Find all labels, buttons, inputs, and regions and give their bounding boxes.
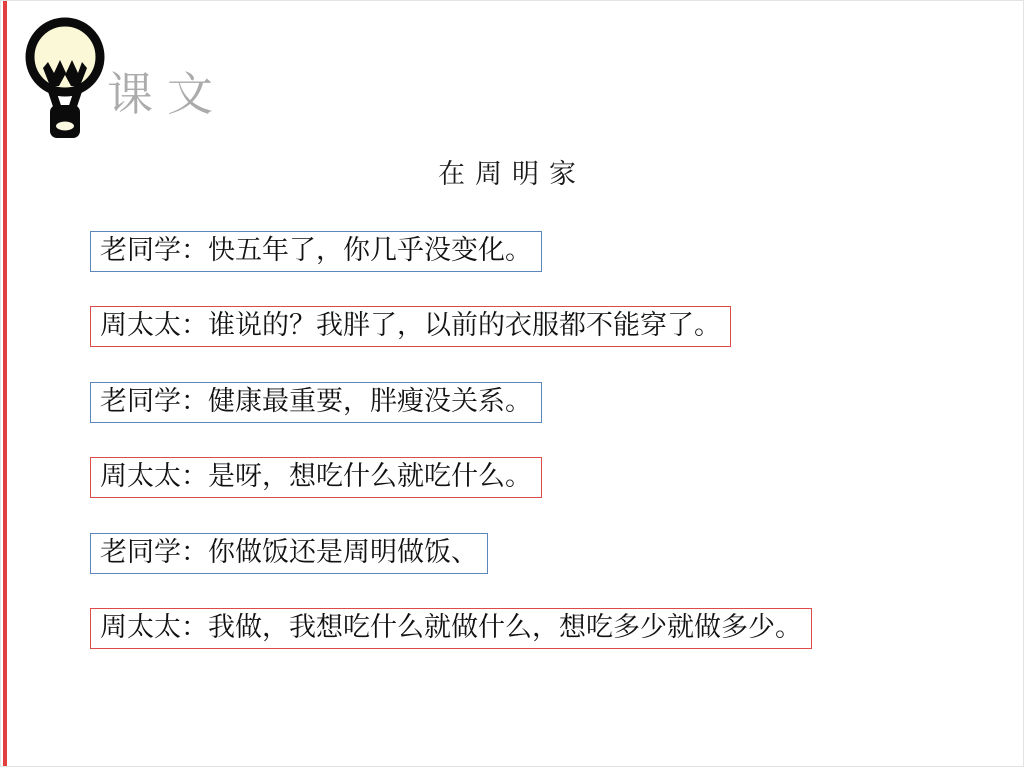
- bulb-glass: [30, 22, 100, 92]
- dialogue-line: 老同学：快五年了，你几乎没变化。: [90, 231, 542, 272]
- left-accent-bar: [3, 1, 7, 766]
- dialogue-line: 老同学：你做饭还是周明做饭、: [90, 533, 488, 574]
- bulb-base-slot: [56, 122, 74, 131]
- dialogue-line: 老同学：健康最重要，胖瘦没关系。: [90, 382, 542, 423]
- slide-title: 课文: [107, 67, 227, 122]
- dialogue-location-title: 在周明家: [1, 152, 1023, 191]
- dialogue-line: 周太太：谁说的？我胖了，以前的衣服都不能穿了。: [90, 306, 731, 347]
- lightbulb-icon: [21, 11, 109, 141]
- dialogue-line: 周太太：我做，我想吃什么就做什么，想吃多少就做多少。: [90, 608, 812, 649]
- slide: 课文 在周明家 老同学：快五年了，你几乎没变化。周太太：谁说的？我胖了，以前的衣…: [0, 0, 1024, 767]
- dialogue-line: 周太太：是呀，想吃什么就吃什么。: [90, 457, 542, 498]
